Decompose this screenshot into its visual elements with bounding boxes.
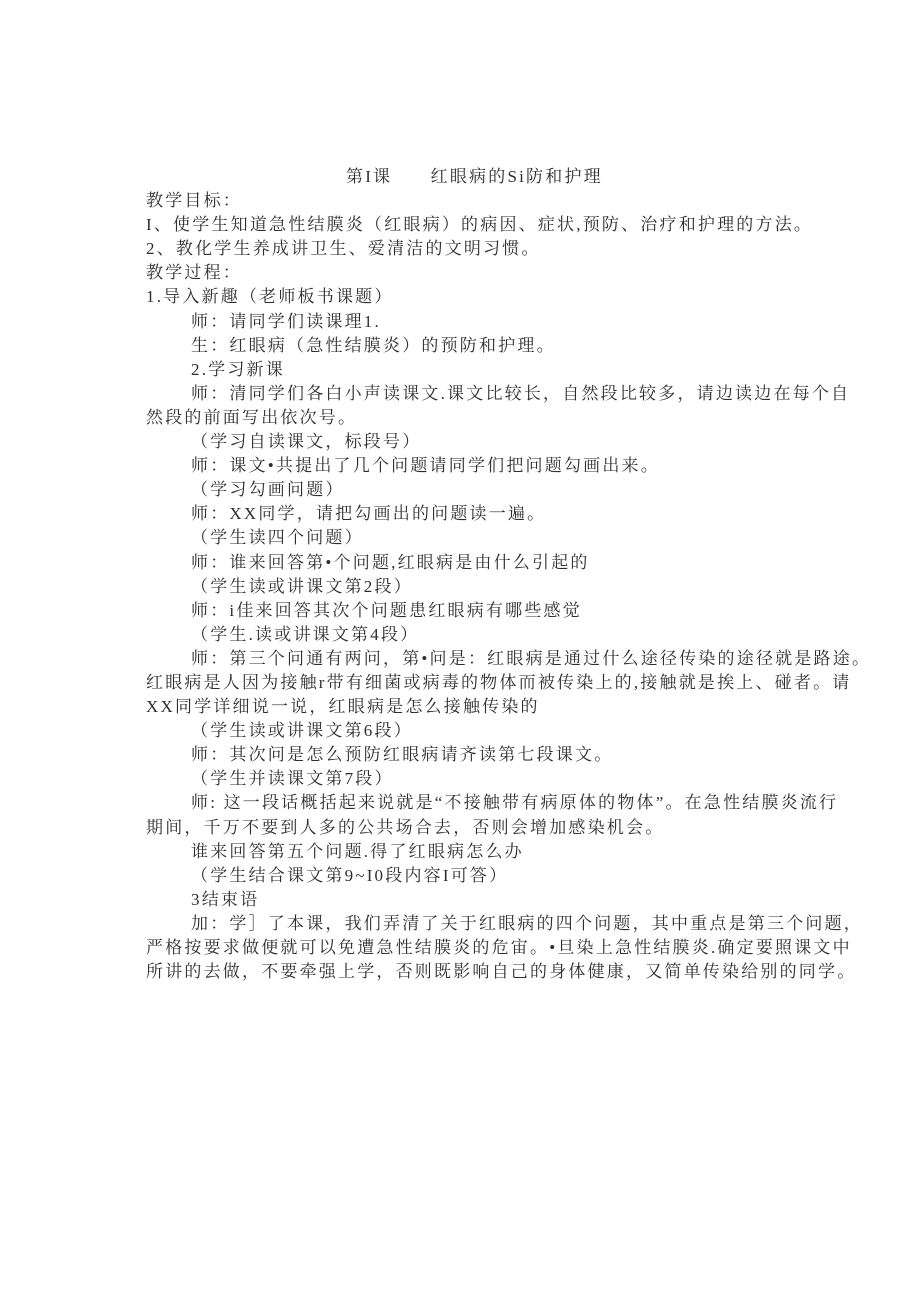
text-line: 2、教化学生养成讲卫生、爱清洁的文明习惯。 [146, 237, 912, 261]
document-body: 第I课 红眼病的Si防和护理教学目标：I、使学生知道急性结膜炎（红眼病）的病因、… [146, 165, 912, 984]
text-line: （学生并读课文第7段） [146, 767, 912, 791]
text-line: （学生读或讲课文第2段） [146, 575, 912, 599]
text-line: 期间，千万不要到人多的公共场合去，否则会增加感染机会。 [146, 816, 912, 840]
text-line: 严格按要求做便就可以免遭急性结膜炎的危宙。•旦染上急性结膜炎.确定要照课文中 [146, 936, 912, 960]
text-line: 1.导入新趣（老师板书课题） [146, 285, 912, 309]
text-line: （学习自读课文，标段号） [146, 430, 912, 454]
text-line: 教学过程： [146, 261, 912, 285]
text-line: 所讲的去做，不要牵强上学，否则既影响自己的身体健康，又简单传染给别的同学。 [146, 960, 912, 984]
text-line: 谁来回答第五个问题.得了红眼病怎么办 [146, 840, 912, 864]
text-line: 红眼病是人因为接触r带有细菌或病毒的物体而被传染上的,接触就是挨上、碰者。请 [146, 671, 912, 695]
text-line: （学生读四个问题） [146, 526, 912, 550]
text-line: 2.学习新课 [146, 358, 912, 382]
text-line: 然段的前面写出依次号。 [146, 406, 912, 430]
text-line: （学生读或讲课文第6段） [146, 719, 912, 743]
text-line: I、使学生知道急性结膜炎（红眼病）的病因、症状,预防、治疗和护理的方法。 [146, 213, 912, 237]
text-line: 加：学］了本课，我们弄清了关于红眼病的四个问题，其中重点是第三个问题， [146, 912, 912, 936]
text-line: XX同学详细说一说，红眼病是怎么接触传染的 [146, 695, 912, 719]
text-line: 师：其次问是怎么预防红眼病请齐读第七段课文。 [146, 743, 912, 767]
text-line: 师：清同学们各白小声读课文.课文比较长，自然段比较多，请边读边在每个自 [146, 382, 912, 406]
text-line: （学习勾画问题） [146, 478, 912, 502]
text-line: 师：请同学们读课理1. [146, 310, 912, 334]
document-page: 第I课 红眼病的Si防和护理教学目标：I、使学生知道急性结膜炎（红眼病）的病因、… [0, 0, 920, 1301]
text-line: （学生.读或讲课文第4段） [146, 623, 912, 647]
text-line: 师：课文•共提出了几个问题请同学们把问题勾画出来。 [146, 454, 912, 478]
document-title: 第I课 红眼病的Si防和护理 [146, 165, 912, 189]
text-line: 3结束语 [146, 888, 912, 912]
text-line: 师: 这一段话概括起来说就是“不接触带有病原体的物体”。在急性结膜炎流行 [146, 791, 912, 815]
text-line: 师：i佳来回答其次个问题患红眼病有哪些感觉 [146, 599, 912, 623]
text-line: 师：谁来回答第•个问题,红眼病是由什么引起的 [146, 551, 912, 575]
text-line: 教学目标： [146, 189, 912, 213]
text-line: 师：第三个问通有两问，第•问是：红眼病是通过什么途径传染的途径就是路途。 [146, 647, 912, 671]
text-line: 师：XX同学，请把勾画出的问题读一遍。 [146, 502, 912, 526]
text-line: （学生结合课文第9~I0段内容I可答） [146, 864, 912, 888]
text-line: 生：红眼病（急性结膜炎）的预防和护理。 [146, 334, 912, 358]
